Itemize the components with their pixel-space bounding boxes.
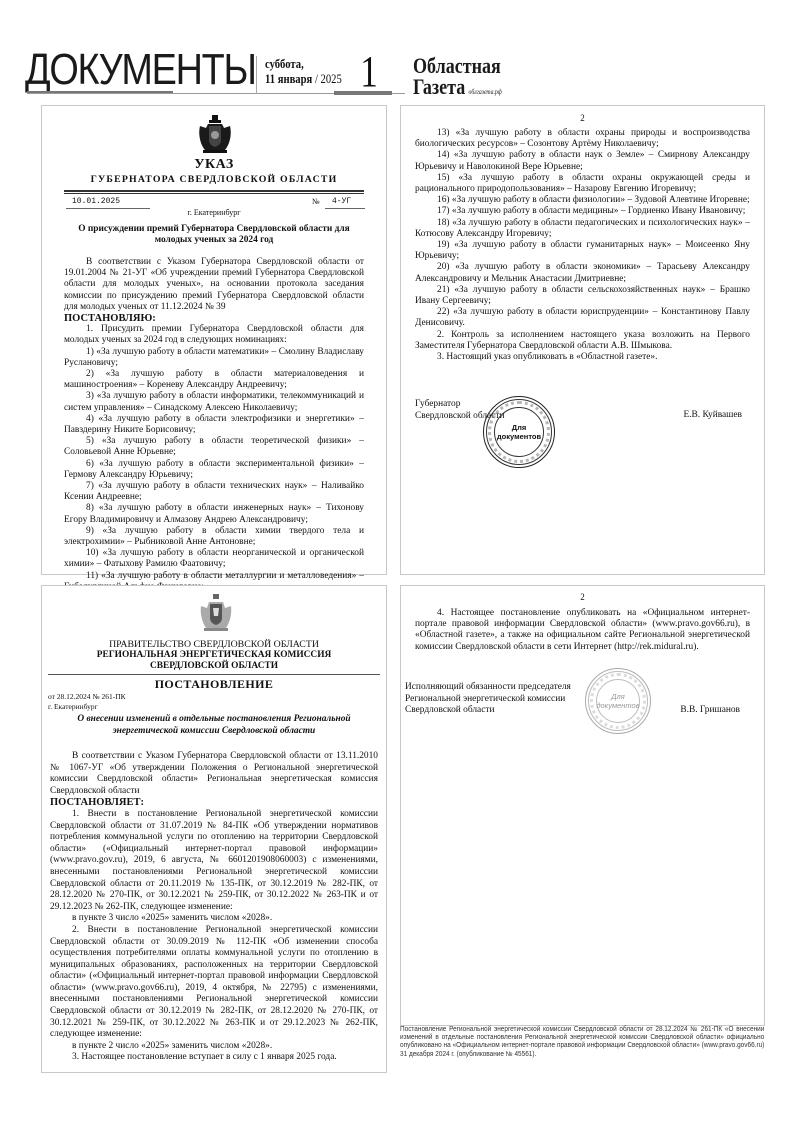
decree-date: 10.01.2025 [72, 197, 120, 206]
resolution-item-2-change: в пункте 2 число «2025» заменить числом … [50, 1041, 378, 1053]
logo-site: облгазета.рф [469, 88, 502, 96]
issue-day-month: 11 января [265, 72, 312, 86]
decree-preamble: В соответствии с Указом Губернатора Свер… [64, 257, 364, 313]
decree-number: 4-УГ [332, 197, 351, 206]
nomination-item: 22) «За лучшую работу в области юриспруд… [415, 307, 750, 329]
resolution-preamble: В соответствии с Указом Губернатора Свер… [50, 751, 378, 797]
nomination-item: 7) «За лучшую работу в области техническ… [64, 481, 364, 503]
header-rule [64, 190, 364, 192]
coat-of-arms-icon [199, 594, 233, 632]
nomination-item: 15) «За лучшую работу в области охраны о… [415, 173, 750, 195]
nomination-item: 16) «За лучшую работу в области физиолог… [415, 195, 750, 206]
nomination-item: 1) «За лучшую работу в области математик… [64, 347, 364, 369]
resolution-body-continued: 4. Настоящее постановление опубликовать … [415, 608, 750, 653]
nomination-item: 19) «За лучшую работу в области гуманита… [415, 240, 750, 262]
nomination-item: 2) «За лучшую работу в области материало… [64, 369, 364, 391]
issue-weekday: суббота, [265, 57, 304, 71]
nomination-list: 1) «За лучшую работу в области математик… [64, 347, 364, 616]
nomination-item: 13) «За лучшую работу в области охраны п… [415, 128, 750, 150]
document-type-heading: УКАЗ [42, 157, 386, 173]
issue-year: / 2025 [312, 72, 342, 86]
page-indicator: 2 [401, 113, 764, 123]
resolution-page-2: 2 4. Настоящее постановление опубликоват… [400, 585, 765, 1026]
nomination-item: 20) «За лучшую работу в области экономик… [415, 262, 750, 284]
resolution-item-1-change: в пункте 3 число «2025» заменить числом … [50, 913, 378, 925]
nomination-item: 14) «За лучшую работу в области наук о З… [415, 150, 750, 172]
signer-name: В.В. Гришанов [680, 705, 740, 715]
decree-item-2: 2. Контроль за исполнением настоящего ук… [415, 330, 750, 352]
resolution-city: г. Екатеринбург [48, 702, 126, 712]
resolution-item-1: 1. Внести в постановление Региональной э… [50, 809, 378, 913]
nomination-item: 8) «За лучшую работу в области инженерны… [64, 503, 364, 525]
commission-name-line-1: РЕГИОНАЛЬНАЯ ЭНЕРГЕТИЧЕСКАЯ КОМИССИЯ [42, 650, 386, 661]
issue-date: суббота, 11 января / 2025 [265, 57, 342, 87]
stamp-text-2: документов [483, 432, 555, 441]
page-indicator: 2 [401, 592, 764, 602]
masthead-rule-right [392, 93, 404, 94]
resolution-body: В соответствии с Указом Губернатора Свер… [50, 751, 378, 1064]
resolution-page-1: ПРАВИТЕЛЬСТВО СВЕРДЛОВСКОЙ ОБЛАСТИ РЕГИО… [41, 585, 387, 1073]
signer-name: Е.В. Куйвашев [683, 410, 742, 420]
number-sign: № [312, 197, 320, 206]
nomination-item: 21) «За лучшую работу в области сельскох… [415, 285, 750, 307]
header-rule [48, 674, 380, 675]
resolution-title: О внесении изменений в отдельные постано… [58, 714, 370, 737]
decree-title: О присуждении премий Губернатора Свердло… [62, 224, 366, 246]
page-number: 1 [360, 50, 378, 94]
resolution-decree-word: ПОСТАНОВЛЯЕТ: [50, 797, 378, 809]
stamp-text-2: документов [585, 701, 651, 710]
nomination-list-continued: 13) «За лучшую работу в области охраны п… [415, 128, 750, 330]
commission-name: РЕГИОНАЛЬНАЯ ЭНЕРГЕТИЧЕСКАЯ КОМИССИЯ СВЕ… [42, 650, 386, 672]
signer-title-line-3: Свердловской области [405, 705, 571, 717]
stamp-text-1: Для [483, 423, 555, 432]
nomination-item: 5) «За лучшую работу в области теоретиче… [64, 436, 364, 458]
resolution-number: от 28.12.2024 № 261-ПК [48, 692, 126, 702]
ukaz-page-1: УКАЗ ГУБЕРНАТОРА СВЕРДЛОВСКОЙ ОБЛАСТИ 10… [41, 105, 387, 575]
decree-item-3: 3. Настоящий указ опубликовать в «Област… [415, 352, 750, 363]
document-type-heading: ПОСТАНОВЛЕНИЕ [42, 677, 386, 692]
stamp-text-1: Для [585, 692, 651, 701]
resolution-item-4: 4. Настоящее постановление опубликовать … [415, 608, 750, 653]
coat-of-arms-icon [197, 114, 233, 154]
publication-footnote: Постановление Региональной энергетическо… [400, 1026, 764, 1059]
resolution-item-2: 2. Внести в постановление Региональной э… [50, 925, 378, 1041]
nomination-item: 18) «За лучшую работу в области педагоги… [415, 218, 750, 240]
decree-city: г. Екатеринбург [42, 208, 386, 217]
nomination-item: 10) «За лучшую работу в области неоргани… [64, 548, 364, 570]
section-title: ДОКУМЕНТЫ [25, 48, 256, 92]
decree-item-1: 1. Присудить премии Губернатора Свердлов… [64, 324, 364, 346]
signer-title: Исполняющий обязанности председателя Рег… [405, 682, 571, 717]
government-name: ПРАВИТЕЛЬСТВО СВЕРДЛОВСКОЙ ОБЛАСТИ [42, 639, 386, 650]
ukaz-page-2: 2 13) «За лучшую работу в области охраны… [400, 105, 765, 575]
nomination-item: 9) «За лучшую работу в области химии тве… [64, 526, 364, 548]
document-issuer: ГУБЕРНАТОРА СВЕРДЛОВСКОЙ ОБЛАСТИ [42, 174, 386, 185]
decree-body-continued: 13) «За лучшую работу в области охраны п… [415, 128, 750, 363]
signer-title-line-1: Исполняющий обязанности председателя [405, 682, 571, 694]
commission-name-line-2: СВЕРДЛОВСКОЙ ОБЛАСТИ [42, 661, 386, 672]
nomination-item: 3) «За лучшую работу в области информати… [64, 391, 364, 413]
decree-body: В соответствии с Указом Губернатора Свер… [64, 257, 364, 616]
decree-word: ПОСТАНОВЛЯЮ: [64, 313, 364, 324]
logo-line-2: Газета [413, 74, 465, 99]
header-rule-thin [64, 193, 364, 194]
newspaper-logo: Областная Газетаоблгазета.рф [413, 55, 502, 103]
resolution-item-3: 3. Настоящее постановление вступает в си… [50, 1052, 378, 1064]
masthead-divider [256, 56, 257, 94]
nomination-item: 4) «За лучшую работу в области электрофи… [64, 414, 364, 436]
seal-stamp-icon: Для документов [483, 396, 555, 468]
resolution-date-number: от 28.12.2024 № 261-ПК г. Екатеринбург [48, 692, 126, 712]
page-number-underline [334, 91, 392, 95]
seal-stamp-icon: Для документов [585, 668, 651, 734]
nomination-item: 6) «За лучшую работу в области экспериме… [64, 459, 364, 481]
nomination-item: 17) «За лучшую работу в области медицины… [415, 206, 750, 217]
signer-title-line-2: Региональной энергетической комиссии [405, 694, 571, 706]
